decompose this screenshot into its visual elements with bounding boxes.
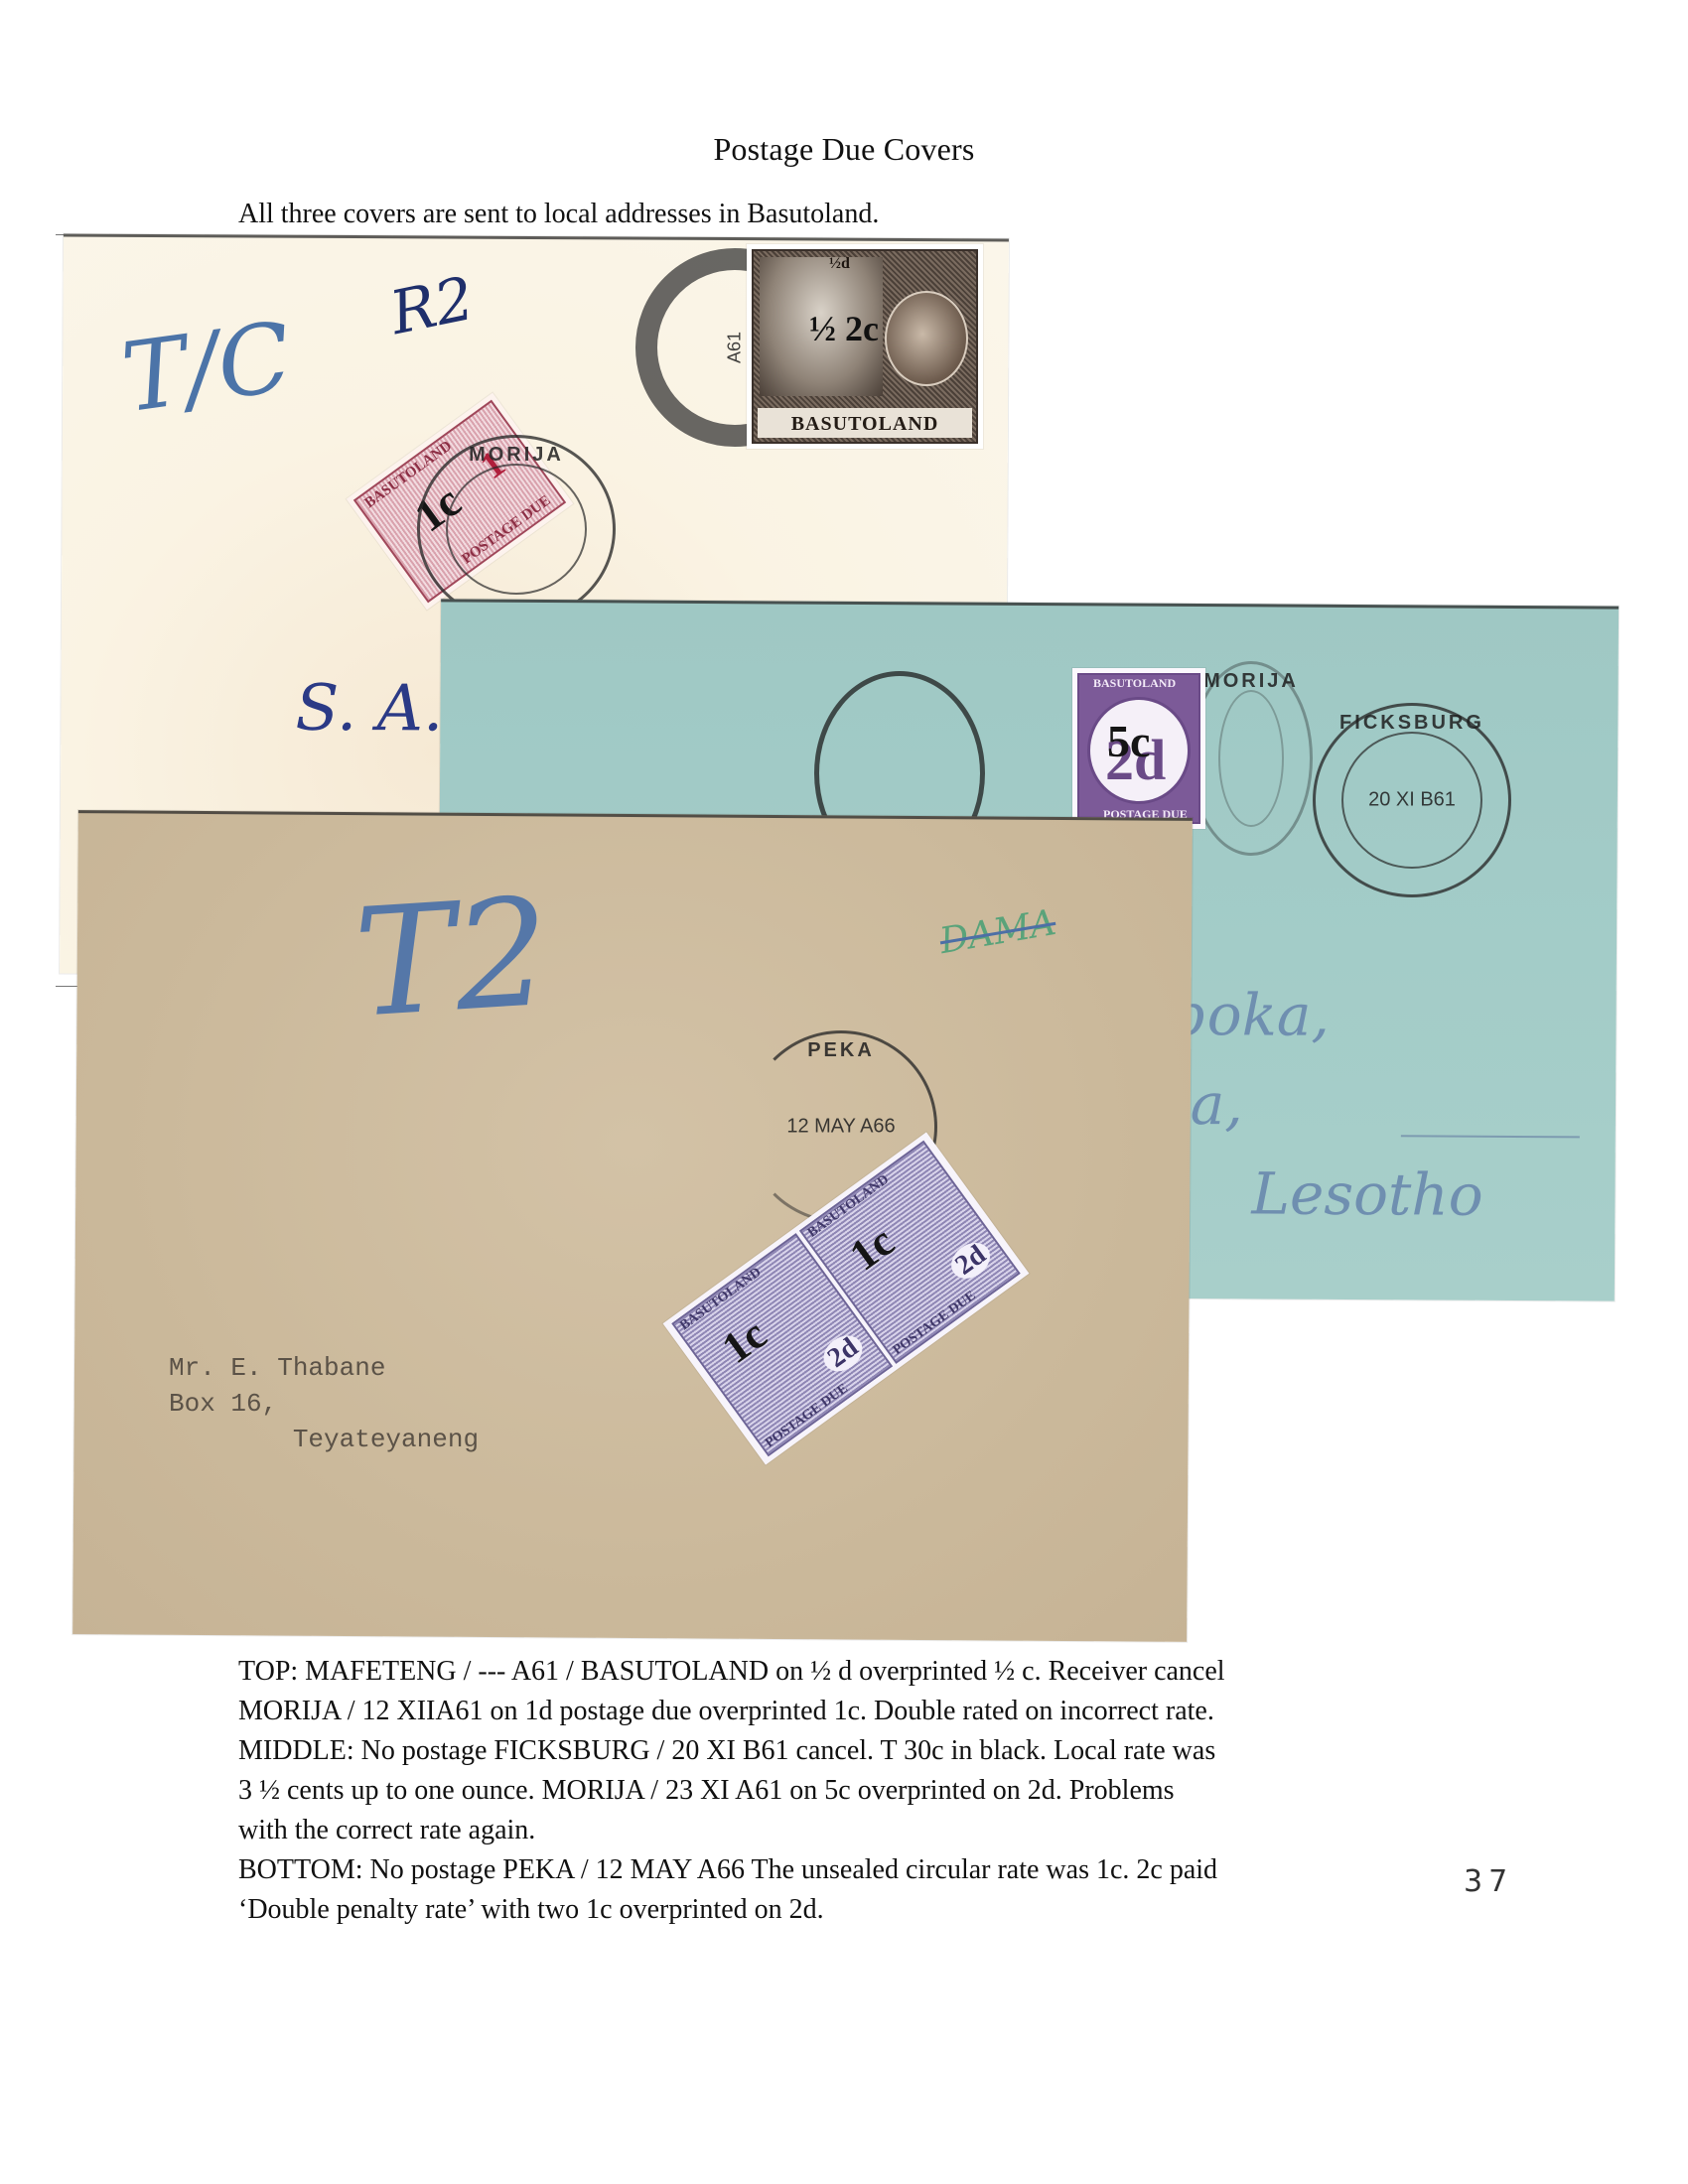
stamp-overprint: ½ 2c (809, 313, 879, 344)
stamp-value: ½d (829, 255, 850, 273)
caption-line: MORIJA / 12 XIIA61 on 1d postage due ove… (238, 1692, 1559, 1731)
postmark-town: PEKA (748, 1039, 934, 1062)
pencil-underline (1401, 1135, 1580, 1138)
address-line: Teyateyaneng (169, 1422, 479, 1457)
address-line: Box 16, (169, 1386, 479, 1422)
caption-line: ‘Double penalty rate’ with two 1c overpr… (238, 1890, 1559, 1930)
handwritten-tax-mark: T2 (351, 867, 555, 1051)
caption-line: 3 ½ cents up to one ounce. MORIJA / 23 X… (238, 1771, 1559, 1811)
handwritten-crossed-out: DAMA (936, 902, 1058, 962)
postmark-town: MORIJA (420, 444, 613, 467)
handwritten-address-line: Lesotho (1251, 1160, 1483, 1228)
caption-line: MIDDLE: No postage FICKSBURG / 20 XI B61… (238, 1731, 1559, 1771)
caption-line: with the correct rate again. (238, 1811, 1559, 1850)
caption-line: TOP: MAFETENG / --- A61 / BASUTOLAND on … (238, 1652, 1559, 1692)
stamp-value: 2d (817, 1328, 869, 1378)
caption-line: BOTTOM: No postage PEKA / 12 MAY A66 The… (238, 1850, 1559, 1890)
stamp-value: 2d (945, 1236, 997, 1286)
postmark-date: 12 MAY A66 (748, 1116, 934, 1139)
postmark-town: FICKSBURG (1316, 712, 1508, 735)
postmark-date: A61 (725, 270, 746, 425)
postmark-morija-receiver: MORIJA (1190, 661, 1313, 856)
stamp-country: BASUTOLAND (754, 413, 976, 436)
postmark-town: MORIJA (1193, 670, 1310, 693)
postmark-date: 20 XI B61 (1316, 789, 1508, 812)
address-line: Mr. E. Thabane (169, 1350, 479, 1386)
handwritten-rate-mark: R2 (384, 264, 480, 348)
handwritten-address-fragment: S. A. (295, 672, 443, 747)
queen-portrait-icon (885, 291, 968, 386)
page-title: Postage Due Covers (0, 131, 1688, 168)
stamp-country: BASUTOLAND (1093, 676, 1176, 691)
stamp-overprint: 5c (1107, 715, 1150, 767)
stamp-overprint: 1c (840, 1216, 904, 1282)
stamp-overprint: 1c (713, 1308, 776, 1374)
stamp-basutoland-definitive: ½d ½ 2c BASUTOLAND (747, 244, 983, 449)
page-subtitle: All three covers are sent to local addre… (238, 199, 879, 230)
postmark-ficksburg: FICKSBURG 20 XI B61 (1313, 703, 1511, 897)
cover-bottom: T2 DAMA (72, 810, 1193, 1642)
page-number: 37 (1464, 1864, 1513, 1899)
typed-address: Mr. E. ThabaneBox 16, Teyateyaneng (169, 1350, 479, 1457)
postmark-morija-receiver: MORIJA (417, 435, 616, 623)
caption-block: TOP: MAFETENG / --- A61 / BASUTOLAND on … (238, 1652, 1559, 1930)
stamp-postage-due-5c-on-2d: BASUTOLAND 2d 5c POSTAGE DUE (1072, 668, 1205, 829)
handwritten-tax-mark: T/C (116, 301, 298, 434)
